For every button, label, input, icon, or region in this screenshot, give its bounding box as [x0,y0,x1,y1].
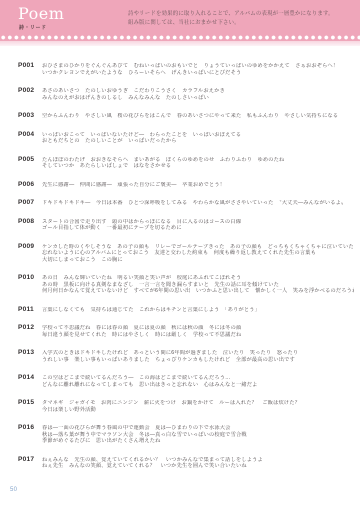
poem-entry: P015タマネギ ジャガイモ お肉にニンジン 薪に火をつけ お鍋をかけて ルーは… [18,400,354,413]
poem-text: あさのあいさつ たのしいおゆうぎ こだわりこうさく カラフルおえかきみんなのえが… [42,88,354,101]
page-number: 50 [10,487,17,493]
page-header: Poem 詩・リード 詩やリードを効果的に取り入れることで、アルバムの表現が一層… [0,0,360,34]
poem-text: 先生に感謝― 仲間に感謝― 頑張った自分にご褒美― 卒業おめでとう！ [42,182,354,189]
poem-line: ゴール目指して体が動く 一番最初にテープを切るために [42,225,354,232]
poem-id: P001 [18,63,42,70]
header-description: 詩やリードを効果的に取り入れることで、アルバムの表現が一層豊かになります。 組み… [128,10,334,28]
poem-text: おひさまのひかりをぐんぐんあびて むねいっぱいのおもいでと りょうていっぱいのゆ… [42,63,354,76]
poem-line: 空からふんわり やさしい風 桜の花びらをはこんで 春のあいさつにやって来た 私も… [42,113,354,120]
poem-entry: P009ケンカした時のくやしそうな あの子の顔も リレーでゴールテープきった あ… [18,244,354,264]
poem-entry: P008スタートの合図で走り出す 頭の中はからっぽになる 目に入るのはコースの白… [18,219,354,232]
page-subtitle: 詩・リード [19,24,47,31]
poem-entry: P011言葉にしなくても 気持ちは通じてた これからはキチンと言葉にしよう 「あ… [18,307,354,314]
poem-line: いつかクレヨンでえがいたような ひろーいそらへ げんきいっぱいにとびだそう [42,70,354,77]
poem-line: そしていつか あたらしいばしょで はなをさかせる [42,163,354,170]
page-title: Poem [18,6,64,22]
poem-entry: P006先生に感謝― 仲間に感謝― 頑張った自分にご褒美― 卒業おめでとう！ [18,182,354,189]
poem-entry: P005たんぽぽのわたげ おおきなそらへ まいあがる ぼくらのゆめをのせ ふわり… [18,157,354,170]
poem-id: P006 [18,182,42,189]
poem-text: いっぱいおこって いっぱいないたけど― わらったことを いっぱいおぼえてるおとも… [42,132,354,145]
poem-id: P013 [18,350,42,357]
poem-entry: P012学校って不思議だね 春には春の顔 夏には夏の顔 秋には秋の顔 冬には冬の… [18,325,354,338]
poem-entry: P013入学式のときはドキドキしたけれど あっという間に6年間が過ぎました 泣い… [18,350,354,363]
poem-text: タマネギ ジャガイモ お肉にニンジン 薪に火をつけ お鍋をかけて ルーは入れた？… [42,400,354,413]
poem-line: うれしい事 楽しい事もいっぱいありました ちょっぴりケンカもしたけれど 全部が最… [42,357,354,364]
poem-line: どんなに離れ離れになってしまっても 思い出はきっと忘れない 心はみんなと一緒だよ [42,382,354,389]
poem-id: P008 [18,219,42,226]
poem-line: 毎日違う顔を見せてくれた 時にはやさしく 時には厳しく 学校って不思議だね [42,332,354,339]
poem-line: おともだちとの たのしいことが いっぱいだったから [42,138,354,145]
poem-id: P004 [18,132,42,139]
poem-id: P010 [18,275,42,282]
poem-line: 大切にしまっておこう この胸に [42,257,354,264]
poem-line: 先生に感謝― 仲間に感謝― 頑張った自分にご褒美― 卒業おめでとう！ [42,182,354,189]
poem-line: みんなのえがおはげんきのしるし みんなみんな たのしさいっぱい [42,95,354,102]
poem-line: 今日は楽しい野外活動 [42,407,354,414]
poem-line: 忘れないように心のアルバムにとっておこう 友達と交わした約束も 何度も繰り返し教… [42,250,354,257]
poem-line: ねぇ先生 みんなの笑顔、覚えていてくれる？ いつか先生を囲んで笑い合いたいね [42,463,354,470]
poem-text: 空からふんわり やさしい風 桜の花びらをはこんで 春のあいさつにやって来た 私も… [42,113,354,120]
poem-id: P003 [18,113,42,120]
poem-line: 何月何日かなんて覚えていないけど すべてが6年間の思い出 いつかふと思い出して … [42,288,354,295]
poem-entry: P003空からふんわり やさしい風 桜の花びらをはこんで 春のあいさつにやって来… [18,113,354,120]
header-description-line2: 組み版に関しては、当社におまかせ下さい。 [128,19,334,28]
poem-entry: P001おひさまのひかりをぐんぐんあびて むねいっぱいのおもいでと りょうていっ… [18,63,354,76]
poem-entry: P014この空はどこまで続いてるんだろう― この海はどこまで続いてるんだろう…ど… [18,375,354,388]
poem-text: あの日 みんな輝いていたね 明るい笑顔と笑い声が 校庭にあふれてこぼれそうあの時… [42,275,354,295]
poem-entry: P010あの日 みんな輝いていたね 明るい笑顔と笑い声が 校庭にあふれてこぼれそ… [18,275,354,295]
poem-entry: P002あさのあいさつ たのしいおゆうぎ こだわりこうさく カラフルおえかきみん… [18,88,354,101]
poem-text: 春は―一面の花びらが舞う春風の中で運動会 夏は―ひまわりの下で水泳大会秋は―落ち… [42,425,354,445]
poem-line: ドキドキドキドキ― 今日は本番 ひとつ深呼吸をしてみる やわらかな風がささやいて… [42,200,354,207]
poem-list: P001おひさまのひかりをぐんぐんあびて むねいっぱいのおもいでと りょうていっ… [0,46,360,470]
poem-line: 言葉にしなくても 気持ちは通じてた これからはキチンと言葉にしよう 「ありがとう… [42,307,354,314]
poem-line: おひさまのひかりをぐんぐんあびて むねいっぱいのおもいでと りょうていっぱいのゆ… [42,63,354,70]
poem-text: スタートの合図で走り出す 頭の中はからっぽになる 目に入るのはコースの白線ゴール… [42,219,354,232]
poem-id: P016 [18,425,42,432]
poem-id: P015 [18,400,42,407]
poem-id: P002 [18,88,42,95]
poem-id: P011 [18,307,42,314]
poem-entry: P004いっぱいおこって いっぱいないたけど― わらったことを いっぱいおぼえて… [18,132,354,145]
poem-text: 学校って不思議だね 春には春の顔 夏には夏の顔 秋には秋の顔 冬には冬の顔毎日違… [42,325,354,338]
poem-entry: P007ドキドキドキドキ― 今日は本番 ひとつ深呼吸をしてみる やわらかな風がさ… [18,200,354,207]
poem-id: P012 [18,325,42,332]
poem-entry: P016春は―一面の花びらが舞う春風の中で運動会 夏は―ひまわりの下で水泳大会秋… [18,425,354,445]
poem-id: P005 [18,157,42,164]
poem-id: P007 [18,200,42,207]
header-description-line1: 詩やリードを効果的に取り入れることで、アルバムの表現が一層豊かになります。 [128,10,334,19]
poem-entry: P017ねぇみんな 先生の顔、覚えていてくれるかい？ いつかみんなで集まって話し… [18,457,354,470]
poem-text: たんぽぽのわたげ おおきなそらへ まいあがる ぼくらのゆめをのせ ふわりふわり … [42,157,354,170]
poem-text: ねぇみんな 先生の顔、覚えていてくれるかい？ いつかみんなで集まって話しをしよう… [42,457,354,470]
scalloped-dot-border [0,34,360,41]
poem-text: 入学式のときはドキドキしたけれど あっという間に6年間が過ぎました 泣いたり 笑… [42,350,354,363]
poem-id: P014 [18,375,42,382]
poem-text: 言葉にしなくても 気持ちは通じてた これからはキチンと言葉にしよう 「ありがとう… [42,307,354,314]
poem-id: P009 [18,244,42,251]
poem-text: ドキドキドキドキ― 今日は本番 ひとつ深呼吸をしてみる やわらかな風がささやいて… [42,200,354,207]
poem-line: 季節がめぐるたびに 思い出がたくさん増えたね [42,438,354,445]
poem-id: P017 [18,457,42,464]
poem-text: この空はどこまで続いてるんだろう― この海はどこまで続いてるんだろう…どんなに離… [42,375,354,388]
poem-text: ケンカした時のくやしそうな あの子の顔も リレーでゴールテープきった あの子の顔… [42,244,354,264]
